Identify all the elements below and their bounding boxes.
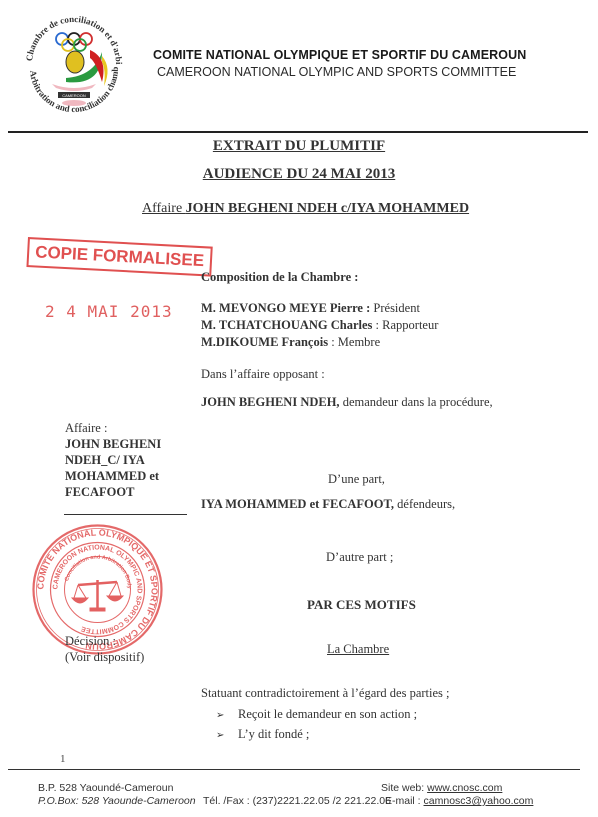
- defendants-name: IYA MOHAMMED et FECAFOOT,: [201, 497, 394, 511]
- case-parties: JOHN BEGHENI NDEH c/IYA MOHAMMED: [186, 201, 469, 216]
- chamber-member: M.DIKOUME François : Membre: [201, 335, 380, 350]
- member-name: M. TCHATCHOUANG Charles: [201, 318, 372, 332]
- defendants-line: IYA MOHAMMED et FECAFOOT, défendeurs,: [201, 497, 455, 512]
- other-part-text: D’autre part ;: [326, 550, 393, 565]
- defendants-role: défendeurs,: [394, 497, 455, 511]
- header-divider: [8, 131, 588, 133]
- address-english: P.O.Box: 528 Yaounde-Cameroon: [38, 795, 196, 807]
- chamber-heading: La Chambre: [327, 642, 389, 657]
- phone-fax: Tél. /Fax : (237)2221.22.05 /2 221.22.06: [203, 795, 391, 807]
- arrow-bullet-icon: ➢: [216, 730, 238, 741]
- sidebar-party-line: MOHAMMED et: [65, 468, 161, 484]
- member-role: : Membre: [328, 335, 380, 349]
- ruling-item: ➢L’y dit fondé ;: [216, 727, 309, 742]
- plaintiff-line: JOHN BEGHENI NDEH, demandeur dans la pro…: [201, 395, 493, 410]
- website-line: Site web: www.cnosc.com: [381, 782, 502, 794]
- scales-of-justice-icon: [72, 580, 123, 611]
- opposing-intro: Dans l’affaire opposant :: [201, 367, 325, 382]
- sidebar-party-line: NDEH_C/ IYA: [65, 452, 161, 468]
- document-title: EXTRAIT DU PLUMITIF: [0, 138, 598, 155]
- decision-reference: (Voir dispositif): [65, 649, 144, 665]
- date-stamp: 2 4 MAI 2013: [45, 302, 173, 321]
- arrow-bullet-icon: ➢: [216, 710, 238, 721]
- member-name: M. MEVONGO MEYE Pierre :: [201, 301, 370, 315]
- sidebar-case-block: Affaire : JOHN BEGHENI NDEH_C/ IYA MOHAM…: [65, 420, 161, 500]
- ruling-item: ➢Reçoit le demandeur en son action ;: [216, 707, 417, 722]
- plaintiff-name: JOHN BEGHENI NDEH,: [201, 395, 340, 409]
- member-name: M.DIKOUME François: [201, 335, 328, 349]
- chamber-member: M. TCHATCHOUANG Charles : Rapporteur: [201, 318, 438, 333]
- page-number: 1: [60, 753, 66, 765]
- sidebar-divider: [64, 514, 187, 515]
- address-french: B.P. 528 Yaoundé-Cameroun: [38, 782, 173, 794]
- member-role: : Rapporteur: [372, 318, 438, 332]
- sidebar-party-line: FECAFOOT: [65, 484, 161, 500]
- copy-certified-stamp: COPIE FORMALISEE: [26, 237, 212, 277]
- hearing-date-title: AUDIENCE DU 24 MAI 2013: [0, 166, 598, 183]
- member-role: Président: [370, 301, 420, 315]
- logo-badge: CAMEROON: [62, 93, 86, 98]
- sidebar-party-line: JOHN BEGHENI: [65, 436, 161, 452]
- motifs-heading: PAR CES MOTIFS: [307, 597, 416, 613]
- website-label: Site web:: [381, 782, 427, 794]
- case-title: Affaire JOHN BEGHENI NDEH c/IYA MOHAMMED: [142, 201, 469, 217]
- one-part-text: D’une part,: [328, 472, 385, 487]
- ruling-text: L’y dit fondé ;: [238, 727, 309, 741]
- ruling-text: Reçoit le demandeur en son action ;: [238, 707, 417, 721]
- ruling-intro: Statuant contradictoirement à l’égard de…: [201, 686, 450, 701]
- decision-block: Décision : (Voir dispositif): [65, 633, 144, 665]
- footer-divider: [8, 769, 580, 770]
- sidebar-case-label: Affaire :: [65, 420, 161, 436]
- email-line: E-mail : camnosc3@yahoo.com: [385, 795, 533, 807]
- case-prefix: Affaire: [142, 201, 186, 216]
- decision-label: Décision :: [65, 633, 144, 649]
- chamber-member: M. MEVONGO MEYE Pierre : Président: [201, 301, 420, 316]
- email-label: E-mail :: [385, 795, 424, 807]
- plaintiff-role: demandeur dans la procédure,: [340, 395, 493, 409]
- org-name-english: CAMEROON NATIONAL OLYMPIC AND SPORTS COM…: [157, 65, 516, 79]
- composition-heading: Composition de la Chambre :: [201, 270, 358, 285]
- arbitration-chamber-logo: Chambre de conciliation et d'arbitrage A…: [18, 2, 130, 114]
- email-link[interactable]: camnosc3@yahoo.com: [424, 795, 534, 807]
- website-link[interactable]: www.cnosc.com: [427, 782, 502, 794]
- org-name-french: COMITE NATIONAL OLYMPIQUE ET SPORTIF DU …: [153, 48, 526, 62]
